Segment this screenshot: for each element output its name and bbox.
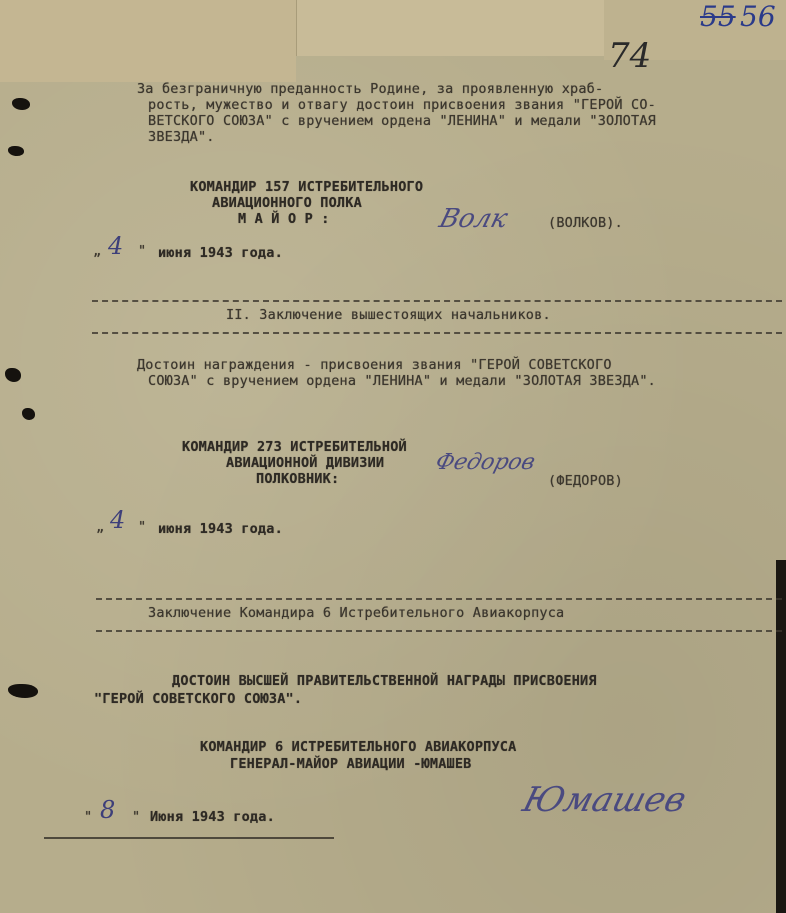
signatory-title: ГЕНЕРАЛ-МАЙОР АВИАЦИИ -ЮМАШЕВ <box>230 757 472 772</box>
binding-hole <box>8 684 38 698</box>
date-quote-close: " <box>138 244 146 259</box>
signatory-title: АВИАЦИОННОГО ПОЛКА <box>212 196 362 211</box>
date-day: 8 <box>100 796 115 824</box>
recommendation-line: рость, мужество и отвагу достоин присвое… <box>148 98 656 113</box>
signature-yumashev: Юмашев <box>519 780 691 820</box>
date-text: июня 1943 года. <box>158 246 283 261</box>
conclusion-line: Достоин награждения - присвоения звания … <box>112 358 612 373</box>
divider <box>92 300 782 302</box>
signatory-name: (ВОЛКОВ). <box>548 216 623 231</box>
pasted-paper-strip <box>296 0 605 56</box>
date-quote-close: " <box>138 520 146 535</box>
signatory-name: (ФЕДОРОВ) <box>548 474 623 489</box>
date-text: Июня 1943 года. <box>150 810 275 825</box>
conclusion-line: ДОСТОИН ВЫСШЕЙ ПРАВИТЕЛЬСТВЕННОЙ НАГРАДЫ… <box>172 674 597 689</box>
date-quote-open: " <box>84 810 92 825</box>
date-day: 4 <box>110 506 125 534</box>
date-day: 4 <box>108 232 123 260</box>
binding-hole <box>12 98 30 110</box>
signatory-rank: М А Й О Р : <box>238 212 330 227</box>
binding-hole <box>8 146 24 156</box>
binding-hole <box>22 408 35 420</box>
date-quote-open: „ <box>93 244 101 259</box>
recommendation-line: За безграничную преданность Родине, за п… <box>112 82 603 97</box>
recommendation-line: ВЕТСКОГО СОЮЗА" с вручением ордена "ЛЕНИ… <box>148 114 656 129</box>
signatory-title: КОМАНДИР 273 ИСТРЕБИТЕЛЬНОЙ <box>182 440 407 455</box>
paper-strip <box>0 0 296 82</box>
document-page: 55 56 74 За безграничную преданность Род… <box>0 0 786 913</box>
signature-volkov: Волк <box>436 204 511 234</box>
page-mark: 74 <box>608 36 651 76</box>
date-quote-close: " <box>132 810 140 825</box>
divider <box>96 598 782 600</box>
signature-fedorov: Федоров <box>433 450 538 475</box>
divider <box>96 630 782 632</box>
signatory-title: КОМАНДИР 157 ИСТРЕБИТЕЛЬНОГО <box>190 180 423 195</box>
recommendation-line: ЗВЕЗДА". <box>148 130 215 145</box>
date-quote-open: „ <box>96 520 104 535</box>
scan-edge <box>776 560 786 913</box>
signatory-title: КОМАНДИР 6 ИСТРЕБИТЕЛЬНОГО АВИАКОРПУСА <box>200 740 516 755</box>
section-heading: II. Заключение вышестоящих начальников. <box>226 308 551 323</box>
date-text: июня 1943 года. <box>158 522 283 537</box>
signatory-rank: ПОЛКОВНИК: <box>256 472 339 487</box>
closing-rule <box>44 837 334 839</box>
binding-hole <box>5 368 21 382</box>
conclusion-line: СОЮЗА" с вручением ордена "ЛЕНИНА" и мед… <box>148 374 656 389</box>
crossed-sheet-number: 55 <box>700 0 736 33</box>
signatory-title: АВИАЦИОННОЙ ДИВИЗИИ <box>226 456 384 471</box>
section-heading: Заключение Командира 6 Истребительного А… <box>148 606 564 621</box>
conclusion-line: "ГЕРОЙ СОВЕТСКОГО СОЮЗА". <box>94 692 302 707</box>
sheet-number: 56 <box>740 0 776 33</box>
divider <box>92 332 782 334</box>
